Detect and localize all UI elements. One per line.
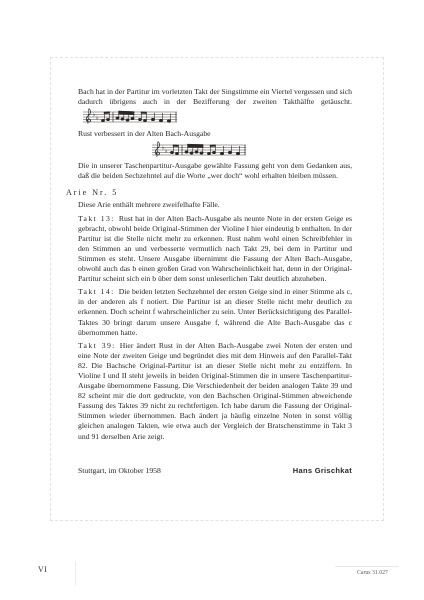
publisher-plate-number: Carus 31.027 [357, 570, 388, 576]
page-number: VI [38, 565, 47, 574]
music-example-2-row: ♭♭ [151, 140, 352, 159]
music-notation-example-1-icon: ♭♭ [82, 107, 178, 126]
scan-artifact-vertical-line [75, 561, 76, 586]
takt-13-label: Takt 13: [78, 214, 115, 223]
takt-39-label: Takt 39: [78, 341, 116, 350]
author-name: Hans Grischkat [293, 466, 352, 476]
paragraph-taschenpartitur: Die in unserer Taschenpartitur-Ausgabe g… [78, 161, 352, 181]
svg-text:♭: ♭ [96, 115, 99, 122]
arie-intro-line: Diese Arie enthält mehrere zweifelhafte … [78, 200, 352, 210]
place-date: Stuttgart, im Oktober 1958 [78, 466, 161, 476]
music-notation-example-2-icon: ♭♭ [151, 140, 247, 159]
rust-caption: Rust verbessert in der Alten Bach-Ausgab… [78, 129, 352, 139]
takt-14-label: Takt 14: [78, 287, 115, 296]
paragraph-takt-13: Takt 13:Rust hat in der Alten Bach-Ausga… [78, 214, 352, 285]
scan-artifact-horizontal-line [335, 566, 399, 567]
signoff-row: Stuttgart, im Oktober 1958 Hans Grischka… [78, 466, 352, 476]
paragraph-takt-14: Takt 14:Die beiden letzten Sechzehntel d… [78, 287, 352, 337]
paragraph-takt-39: Takt 39:Hier ändert Rust in der Alten Ba… [78, 341, 352, 442]
takt-13-text: Rust hat in der Alten Bach-Ausgabe als n… [78, 214, 352, 284]
section-heading-arie-nr-5: Arie Nr. 5 [66, 188, 352, 198]
takt-14-text: Die beiden letzten Sechzehntel der erste… [78, 287, 352, 336]
takt-39-text: Hier ändert Rust in der Alten Bach-Ausga… [78, 341, 352, 441]
text-block: Bach hat in der Partitur im vorletzten T… [78, 87, 352, 476]
paragraph-bach-correction: Bach hat in der Partitur im vorletzten T… [78, 87, 352, 126]
paragraph-text: Bach hat in der Partitur im vorletzten T… [78, 87, 352, 106]
svg-text:♭: ♭ [165, 148, 168, 155]
scanned-document-page: Bach hat in der Partitur im vorletzten T… [0, 0, 424, 600]
